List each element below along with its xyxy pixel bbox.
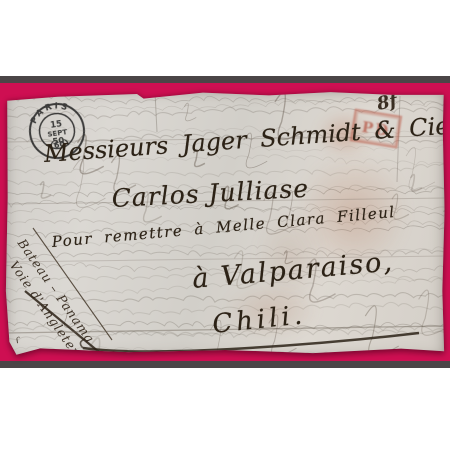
manuscript-rate-mark: 8f xyxy=(375,90,399,115)
mat-top-shadow-strip xyxy=(0,76,450,83)
postal-cover: PARIS (60) 15 SEPT 50 PD 8f Messieurs Ja… xyxy=(5,90,445,358)
mat-bottom-shadow-strip xyxy=(0,361,450,368)
photo-stage: PARIS (60) 15 SEPT 50 PD 8f Messieurs Ja… xyxy=(0,0,450,450)
paper-crease xyxy=(155,92,157,132)
cover-paper: PARIS (60) 15 SEPT 50 PD 8f Messieurs Ja… xyxy=(5,90,445,358)
